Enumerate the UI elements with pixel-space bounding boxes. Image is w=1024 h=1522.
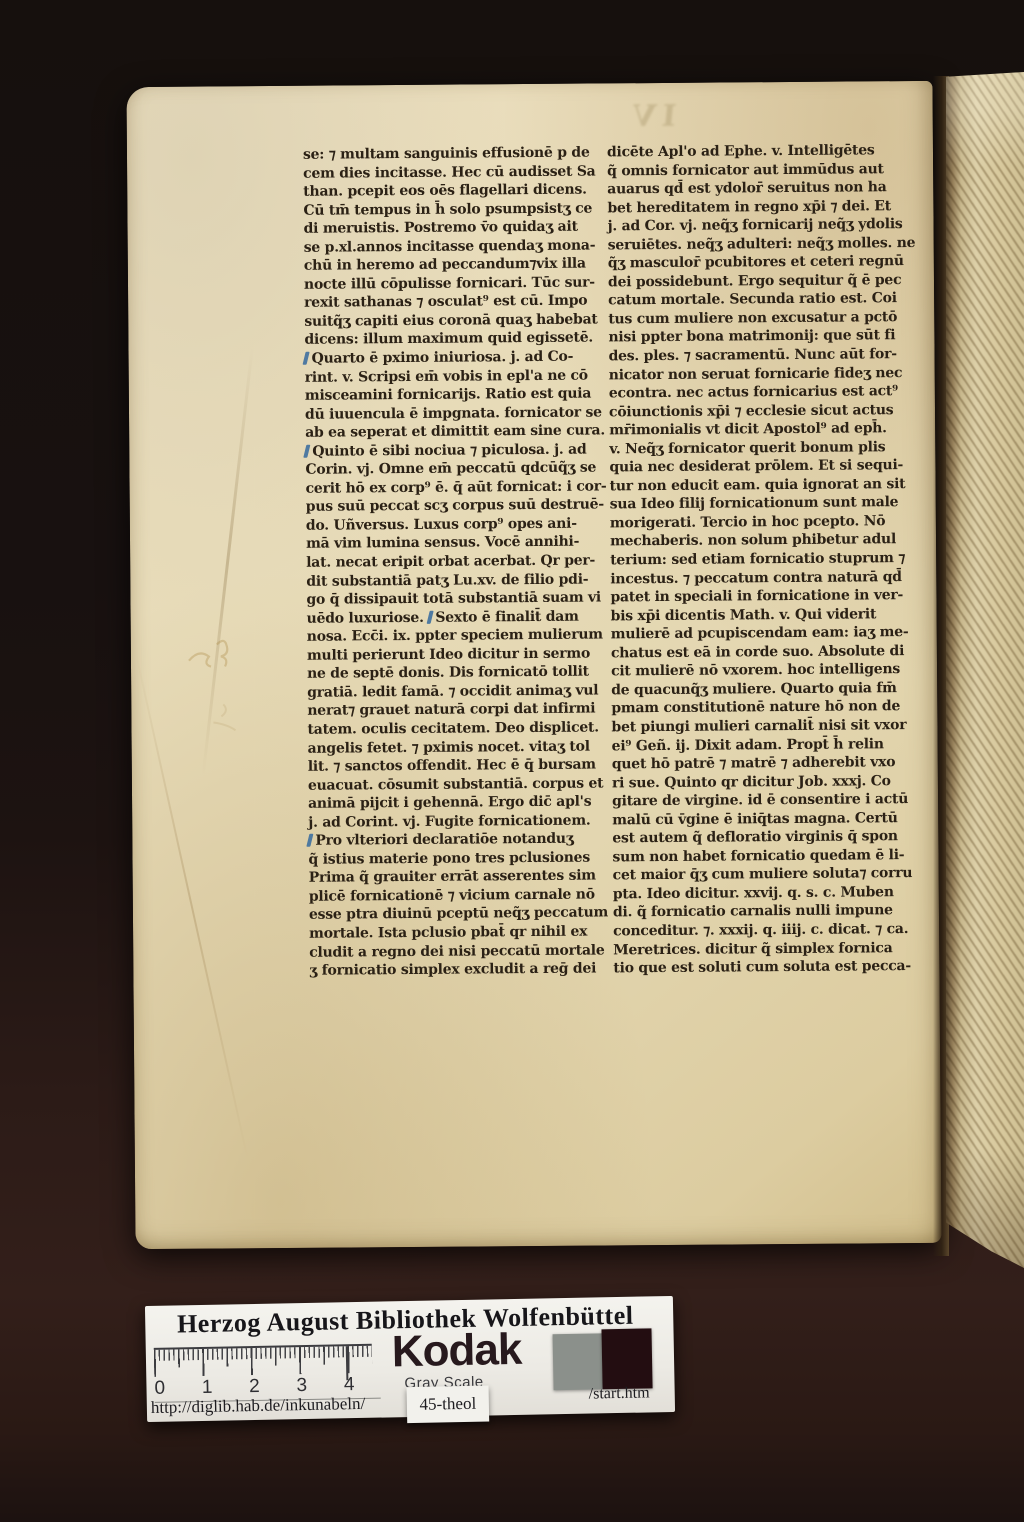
text-column-left: se: ⁊ multam sanguinis effusionē p decem… (303, 144, 596, 981)
text-line: chū in heremo ad peccandum⁊vix illa (304, 255, 590, 276)
text-line: quet hō patrē ⁊ matrē ⁊ adherebit vxo (612, 753, 898, 774)
gray-scale-patch-gray (553, 1333, 603, 1390)
text-line: cerit hō ex corp⁹ ē. q̄ aūt fornicat: i … (306, 477, 592, 498)
text-line: animā pijcit i gehennā. Ergo dic̄ apl's (308, 793, 594, 814)
text-line: gitare de virgine. id ē consentire i act… (612, 790, 898, 811)
text-line: mā vim lumina sensus. Vocē annihi- (306, 533, 592, 554)
text-line: bet piungi mulieri carnalit̄ nisi sit vx… (611, 716, 897, 737)
text-line: quia nec desiderat prōlem. Et si sequi- (609, 456, 895, 477)
text-line: euacuat. cōsumit substantiā. corpus et (308, 774, 594, 795)
text-line: q̃ omnis fornicator aut immūdus aut (607, 160, 893, 181)
text-line: do. Uñversus. Luxus corp⁹ opes ani- (306, 514, 592, 535)
scan-photograph: IV se: ⁊ multam sanguinis effusionē p de… (0, 0, 1024, 1522)
text-line: terium: sed etiam fornicatio stuprum ⁊ (610, 549, 896, 570)
showthrough-folio-numeral: IV (625, 99, 678, 134)
blue-paragraph-mark (306, 834, 313, 847)
text-line: Pro vlteriori declaratiōe notanduʒ (308, 830, 594, 851)
text-line: q̃ istius materie pono tres pclusiones (308, 848, 594, 869)
text-line: dei possidebunt. Ergo sequitur q̃ ē pec (608, 271, 894, 292)
start-page-path: /start.htm (589, 1384, 650, 1403)
text-line: rint. v. Scripsi em̄ vobis in epl'a ne c… (305, 366, 591, 387)
text-column-right: dicēte Apl'o ad Ephe. v. Intelligētesq̃ … (607, 141, 900, 978)
blue-paragraph-mark (303, 352, 310, 365)
text-line: cit mulierē nō vxorem. hoc intelligens (611, 660, 897, 681)
text-line: esse ptra diuinū pceptū neq̃ʒ peccatum (309, 904, 595, 925)
text-line: plicē fornicationē ⁊ vicium carnale nō (309, 885, 595, 906)
text-line: j. ad Cor. vj. neq̃ʒ fornicarij neq̃ʒ yd… (607, 215, 893, 236)
text-line: bis xp̄i dicentis Math. v. Qui viderit (611, 605, 897, 626)
text-line: mr̄imonialis vt dicit Apostol⁹ ad eph̄. (609, 419, 895, 440)
text-line: patet in speciali in fornicatione in ver… (610, 586, 896, 607)
text-line: dicēte Apl'o ad Ephe. v. Intelligētes (607, 141, 893, 162)
text-line: lit. ⁊ sanctos offendit. Hec ē q̄ bursam (308, 756, 594, 777)
ruler-number: 1 (202, 1377, 213, 1399)
library-label-card: Herzog August Bibliothek Wolfenbüttel 01… (145, 1296, 675, 1422)
text-line: ab ea seperat et dimittit eam sine cura. (305, 422, 591, 443)
text-line: cōiunctionis xp̄i ⁊ ecclesie sicut actus (609, 401, 895, 422)
text-line: malū cū v̄gine ē iniq̄tas magna. Certū (612, 809, 898, 830)
text-line: mulierē ad pcupiscendam eam: iaʒ me- (611, 623, 897, 644)
text-line: sum non habet fornicatio quedam ē li- (612, 846, 898, 867)
text-line: cet maior q̄ʒ cum muliere soluta⁊ corru (613, 864, 899, 885)
text-line: pmam constitutionē nature hō non de (611, 698, 897, 719)
text-line: mortale. Ista pclusio pbat̄ qr nihil ex (309, 922, 595, 943)
kodak-brand-text: Kodak (391, 1325, 521, 1377)
ruler-number: 0 (154, 1378, 165, 1400)
gray-scale-patch-dark (601, 1328, 652, 1389)
blue-paragraph-mark (303, 444, 310, 457)
ruler-cm-ticks (154, 1346, 372, 1377)
text-line: pus suū peccat scʒ corpus suū destruē- (306, 496, 592, 517)
text-line: nisi ppter bona matrimonij: que sūt fi (608, 327, 894, 348)
text-line: suitq̃ʒ capiti eius coronā quaʒ habebat (304, 310, 590, 331)
text-line: nocte illū cōpulisse fornicari. Tūc sur- (304, 273, 590, 294)
ruler-number: 3 (296, 1375, 307, 1397)
text-line: sua Ideo filij fornicationum sunt male (610, 494, 896, 515)
text-line: se p.xl.annos incitasse quendaʒ mona- (304, 236, 590, 257)
text-line: tur non educit eam. quia ignorat an sit (610, 475, 896, 496)
text-line: go q̄ dissipauit totā substantiā suam vi (306, 589, 592, 610)
text-line: misceamini fornicarijs. Ratio est quia (305, 385, 591, 406)
text-line: angelis fetet. ⁊ pximis nocet. vitaʒ tol (308, 737, 594, 758)
text-line: Corin. vj. Omne em̄ peccatū qdcūq̃ʒ se (305, 459, 591, 480)
text-line: conceditur. ⁊. xxxij. q. iiij. c. dicat.… (613, 920, 899, 941)
text-line: gratiā. ledit famā. ⁊ occidit animaʒ vul (307, 681, 593, 702)
text-line: rexit sathanas ⁊ osculat⁹ est cū. Impo (304, 292, 590, 313)
shelfmark-text: 45-theol (419, 1394, 476, 1415)
text-line: j. ad Corint. vj. Fugite fornicationem. (308, 811, 594, 832)
marginalia-ink-squiggle (183, 626, 254, 757)
text-line: est autem q̃ defloratio virginis q̄ spon (612, 827, 898, 848)
text-line: Prima q̃ grauiter errāt asserentes sim (309, 867, 595, 888)
text-line: uēdo luxuriose. Sexto ē finalit̄ dam (307, 607, 593, 628)
text-line: cludit a regno dei nisi peccatū mortale (309, 941, 595, 962)
text-line: di meruistis. Postremo v̄o quidaʒ ait (303, 218, 589, 239)
text-line: Quinto ē sibi nociua ⁊ piculosa. j. ad (305, 440, 591, 461)
diglib-url: http://diglib.hab.de/inkunabeln/ (151, 1394, 366, 1418)
facing-page-fore-edge (946, 72, 1024, 1268)
text-line: ri sue. Quinto qr dicitur Job. xxxj. Co (612, 772, 898, 793)
text-line: v. Neq̃ʒ fornicator querit bonum plis (609, 438, 895, 459)
text-line: des. ples. ⁊ sacramentū. Nunc aūt for- (609, 345, 895, 366)
text-line: catum mortale. Secunda ratio est. Coi (608, 290, 894, 311)
text-line: seruiētes. neq̃ʒ adulteri: neq̃ʒ molles.… (608, 234, 894, 255)
text-line: Meretrices. dicitur q̃ simplex fornica (613, 939, 899, 960)
text-line: dit substantiā patʒ Lu.xv. de filio pdi- (306, 570, 592, 591)
book-page: IV se: ⁊ multam sanguinis effusionē p de… (126, 81, 941, 1249)
text-line: pta. Ideo dicitur. xxvij. q. s. c. Muben (613, 883, 899, 904)
text-line: de quacunq̃ʒ muliere. Quarto quia fm̄ (611, 679, 897, 700)
text-line: auarus qd̄ est ydolor̄ seruitus non ha (607, 178, 893, 199)
ruler-number: 4 (344, 1374, 355, 1396)
text-line: bet hereditatem in regno xp̄i ⁊ dei. Et (607, 197, 893, 218)
text-line: tatem. oculis cecitatem. Deo displicet. (307, 718, 593, 739)
fore-edge-sheen (946, 72, 1024, 1268)
text-line: econtra. nec actus fornicarius est act⁹ (609, 382, 895, 403)
text-line: se: ⁊ multam sanguinis effusionē p de (303, 144, 589, 165)
text-line: nosa. Ecc̄i. ix. ppter speciem mulierum (307, 626, 593, 647)
text-line: chatus est eā in corde suo. Absolute di (611, 642, 897, 663)
text-line: ei⁹ Geñ. ij. Dixit adam. Propt̄ h̄ relin (612, 735, 898, 756)
text-line: than. pcepit eos oēs flagellari dicens. (303, 181, 589, 202)
blue-paragraph-mark (426, 610, 433, 623)
text-line: mechaberis. non solum phibetur adul (610, 531, 896, 552)
shelfmark-tab: 45-theol (407, 1385, 490, 1423)
text-line: cem dies incitasse. Hec cū audisset Sa (303, 162, 589, 183)
text-line: dū iuuencula ē impgnata. fornicator se (305, 403, 591, 424)
text-line: ne de septē donis. Dis fornicatō tollit (307, 663, 593, 684)
text-line: ʒ fornicatio simplex excludit a reḡ dei (309, 960, 595, 981)
text-line: incestus. ⁊ peccatum contra naturā qd̄ (610, 568, 896, 589)
text-line: q̃ʒ masculor̄ pcubitores et ceteri regnū (608, 252, 894, 273)
text-line: Quarto ē pximo iniuriosa. j. ad Co- (305, 348, 591, 369)
ruler-number: 2 (249, 1376, 260, 1398)
text-line: di. q̃ fornicatio carnalis nulli impune (613, 902, 899, 923)
text-line: morigerati. Tercio in hoc pcepto. Nō (610, 512, 896, 533)
text-line: tus cum muliere non excusatur a pctō (608, 308, 894, 329)
text-line: tio que est soluti cum soluta est pecca- (613, 957, 899, 978)
text-line: Cū tm̄ tempus in h̄ solo psumpsistʒ ce (303, 199, 589, 220)
text-line: multi perierunt Ideo dicitur in sermo (307, 644, 593, 665)
text-line: dicens: illum maximum quid egissetē. (304, 329, 590, 350)
text-line: nicator non seruat fornicarie fideʒ nec (609, 364, 895, 385)
text-line: nerat⁊ grauet naturā corpi dat infirmi (307, 700, 593, 721)
text-line: lat. necat eripit orbat acerbat. Qr per- (306, 552, 592, 573)
